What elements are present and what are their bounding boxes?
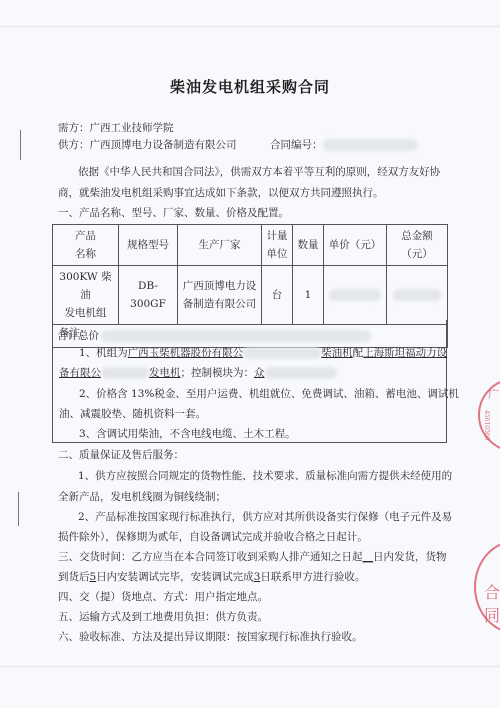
document-title: 柴油发电机组采购合同 <box>0 76 500 97</box>
note-2-line-1: 2、价格含 13%税金、至用户运费、机组就位、免费调试、油箱、蓄电池、调试机 <box>79 387 459 401</box>
section-5: 五、运输方式及到工地费用负担：供方负责。 <box>58 610 268 624</box>
supplier-line: 供方：广西顶博电力设备制造有限公司 <box>58 138 237 152</box>
buyer-name: 广西工业技师学院 <box>90 122 174 134</box>
contract-no-label: 合同编号： <box>270 139 323 151</box>
table-row: 300KW 柴油发电机组 DB-300GF 广西顶博电力设备制造有限公司 台 1 <box>53 266 448 325</box>
delivery-days-blank: __ <box>363 551 374 563</box>
buyer-line: 需方：广西工业技师学院 <box>58 121 174 135</box>
stamp-number: 45010500 <box>483 410 490 441</box>
header-unit-price: 单价（元） <box>324 225 387 266</box>
margin-mark <box>18 492 19 526</box>
header-model: 规格型号 <box>119 225 178 266</box>
section-4: 四、交（提）货地点、方式：用户指定地点。 <box>58 590 268 604</box>
cell-unit-price <box>324 266 387 325</box>
note-3: 3、含调试用柴油，不含电线电缆、土木工程。 <box>79 427 296 441</box>
supplier-label: 供方： <box>58 139 90 151</box>
cell-model: DB-300GF <box>119 266 178 325</box>
buyer-label: 需方： <box>58 122 90 134</box>
redacted-total <box>393 289 441 301</box>
s2-item-2-line-1: 2、产品标准按国家现行标准执行，供方应对其所供设备实行保修（电子元件及易 <box>78 510 452 524</box>
header-manufacturer: 生产厂家 <box>178 225 262 266</box>
redacted-contract-no <box>323 139 418 151</box>
notes-label: 备注： <box>59 326 91 340</box>
contract-no-line: 合同编号： <box>270 138 418 152</box>
note-1-line-2: 备有限公发电机；控制模块为：众 <box>59 366 337 380</box>
stamp-text: 广 <box>488 386 499 402</box>
redacted-engine-model <box>243 347 321 359</box>
section-3-line-2: 到货后5日内安装调试完毕，安装调试完成3日联系甲方进行验收。 <box>58 570 365 584</box>
header-unit: 计量单位 <box>262 225 293 266</box>
header-total: 总金额（元） <box>387 225 448 266</box>
notes-box: 备注： 1、机组为广西玉柴机器股份有限公柴油机配上海斯坦福动力设 备有限公发电机… <box>52 320 447 443</box>
cell-unit: 台 <box>262 266 293 325</box>
margin-mark <box>20 130 21 160</box>
contract-page: 柴油发电机组采购合同 需方：广西工业技师学院 供方：广西顶博电力设备制造有限公司… <box>0 0 500 708</box>
cell-product-name: 300KW 柴油发电机组 <box>53 266 119 325</box>
redacted-alternator-model <box>101 367 149 379</box>
header-product-name: 产品名称 <box>53 225 119 266</box>
s2-item-1-line-1: 1、供方应按照合同规定的货物性能、技术要求、质量标准向需方提供未经使用的 <box>78 469 452 483</box>
section-3-line-1: 三、交货时间：乙方应当在本合同签订收到采购人排产通知之日起__日内发货，货物 <box>58 550 447 564</box>
stamp-text-contract: 合同 <box>484 580 500 626</box>
intro-line-1: 依据《中华人民共和国合同法》，供需双方本着平等互利的原则，经双方友好协 <box>78 165 440 179</box>
scan-artifact-line <box>0 666 500 667</box>
s2-item-2-line-2: 损件除外），保修期为贰年，自设备调试完成并验收合格之日起计。 <box>58 530 368 544</box>
section-1-heading: 一、产品名称、型号、厂家、数量、价格及配置。 <box>58 206 289 220</box>
section-6: 六、验收标准、方法及提出异议期限：按国家现行标准执行验收。 <box>58 630 363 644</box>
intro-line-2: 商，就柴油发电机组采购事宜达成如下条款，以便双方共同遵照执行。 <box>58 186 384 200</box>
section-2-heading: 二、质量保证及售后服务： <box>58 448 184 462</box>
cell-quantity: 1 <box>293 266 324 325</box>
redacted-controller-model <box>265 367 337 379</box>
cell-manufacturer: 广西顶博电力设备制造有限公司 <box>178 266 262 325</box>
redacted-unit-price <box>329 289 381 301</box>
s2-item-1-line-2: 全新产品，发电机线圈为铜线绕制； <box>58 490 226 504</box>
note-2-line-2: 油、减震胶垫、随机资料一套。 <box>59 407 206 421</box>
scan-artifact-line <box>0 26 500 27</box>
cell-total <box>387 266 448 325</box>
header-quantity: 数量 <box>293 225 324 266</box>
note-1-line-1: 1、机组为广西玉柴机器股份有限公柴油机配上海斯坦福动力设 <box>79 346 447 360</box>
table-header-row: 产品名称 规格型号 生产厂家 计量单位 数量 单价（元） 总金额（元） <box>53 225 448 266</box>
supplier-name: 广西顶博电力设备制造有限公司 <box>90 139 237 151</box>
